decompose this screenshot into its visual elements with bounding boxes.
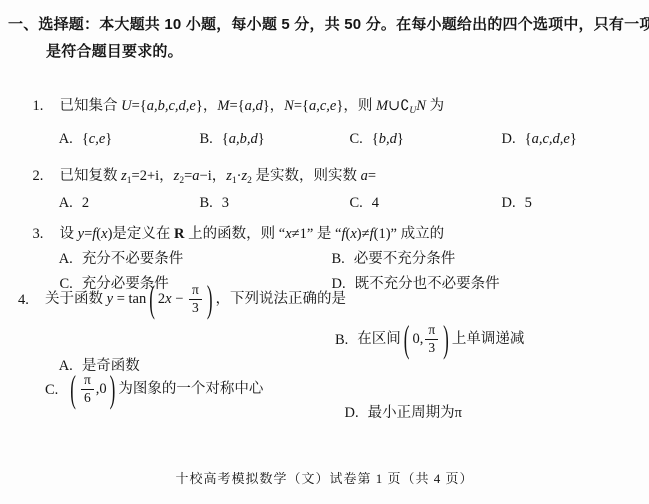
q4-option-c: C.(π6,0)为图象的一个对称中心 [45, 365, 263, 415]
page-footer: 十校高考模拟数学（文）试卷第 1 页（共 4 页） [0, 468, 649, 487]
question-1-stem: 已知集合 U={a,b,c,d,e}，M={a,d}，N={a,c,e}，则 M… [60, 98, 445, 114]
option-content: {b,d} [372, 131, 404, 147]
option-content: 5 [525, 195, 532, 211]
option-content: 最小正周期为π [368, 405, 462, 421]
question-4-stem: 关于函数 y = tan(2x − π3)，下列说法正确的是 [45, 284, 346, 315]
exam-page: 一、选择题：本大题共 10 小题，每小题 5 分，共 50 分。在每小题给出的四… [0, 0, 649, 504]
option-label: C. [350, 131, 363, 147]
section-header-line1: 一、选择题：本大题共 10 小题，每小题 5 分，共 50 分。在每小题给出的四… [8, 13, 649, 34]
question-4: 4.关于函数 y = tan(2x − π3)，下列说法正确的是 [18, 277, 346, 323]
q2-option-d: D.5 [487, 178, 532, 229]
question-4-number: 4. [18, 292, 45, 309]
option-content: (π6,0)为图象的一个对称中心 [67, 374, 263, 405]
question-1-number: 1. [33, 98, 60, 115]
option-label: A. [59, 131, 73, 147]
section-header-line2: 是符合题目要求的。 [46, 40, 183, 61]
option-content: 既不充分也不必要条件 [355, 276, 500, 292]
option-content: {a,b,d} [222, 131, 265, 147]
option-label: B. [200, 131, 213, 147]
option-content: {a,c,d,e} [525, 131, 577, 147]
option-label: B. [335, 332, 348, 349]
option-content: 在区间(0,π3)上单调递减 [357, 324, 524, 355]
q1-option-d: D.{a,c,d,e} [487, 114, 577, 165]
q4-option-d: D.最小正周期为π [330, 384, 462, 439]
option-label: D. [502, 131, 516, 147]
q4-option-b: B.在区间(0,π3)上单调递减 [335, 315, 524, 365]
option-content: {c,e} [82, 131, 112, 147]
option-label: D. [345, 405, 359, 421]
option-label: D. [502, 195, 516, 211]
option-label: C. [45, 382, 58, 399]
